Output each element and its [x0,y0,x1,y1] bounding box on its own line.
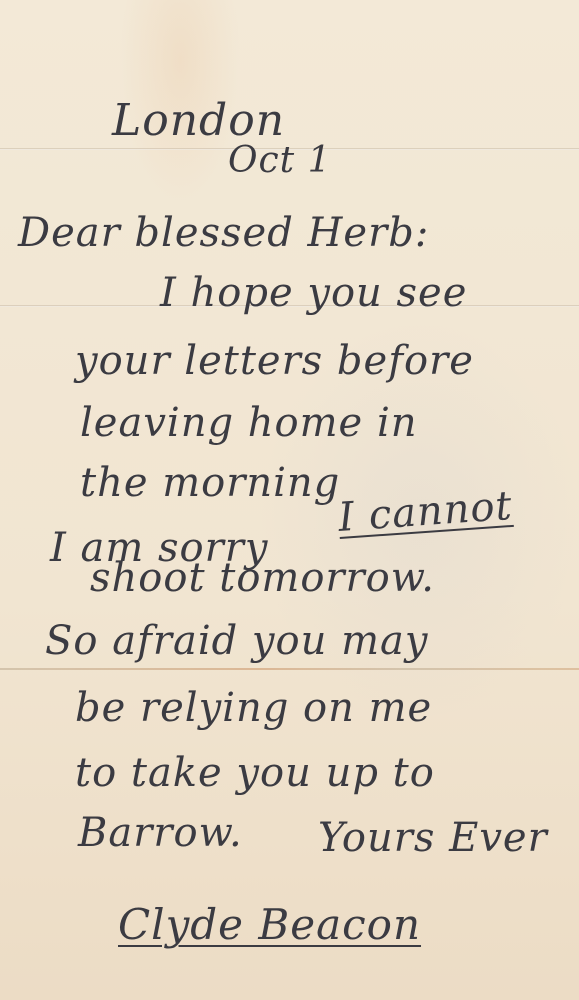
letter-closing: Yours Ever [318,815,548,861]
letter-body-line: shoot tomorrow. [90,555,435,601]
letter-page: London Oct 1 Dear blessed Herb: I hope y… [0,0,579,1000]
letter-body-line: So afraid you may [45,618,428,664]
letter-date: Oct 1 [228,140,332,181]
letter-signature: Clyde Beacon [118,900,421,949]
letter-body-line: Barrow. [78,810,243,856]
letter-body-line: your letters before [75,338,474,384]
letter-place: London [112,95,285,146]
letter-salutation: Dear blessed Herb: [18,210,429,256]
letter-body-line: to take you up to [75,750,435,796]
letter-body-line: the morning [80,460,340,506]
letter-body-line: I hope you see [160,270,467,316]
letter-body-line: leaving home in [80,400,418,446]
paper-fold-line [0,668,579,670]
letter-body-line-underlined: I cannot [337,483,514,541]
letter-body-line: be relying on me [75,685,432,731]
